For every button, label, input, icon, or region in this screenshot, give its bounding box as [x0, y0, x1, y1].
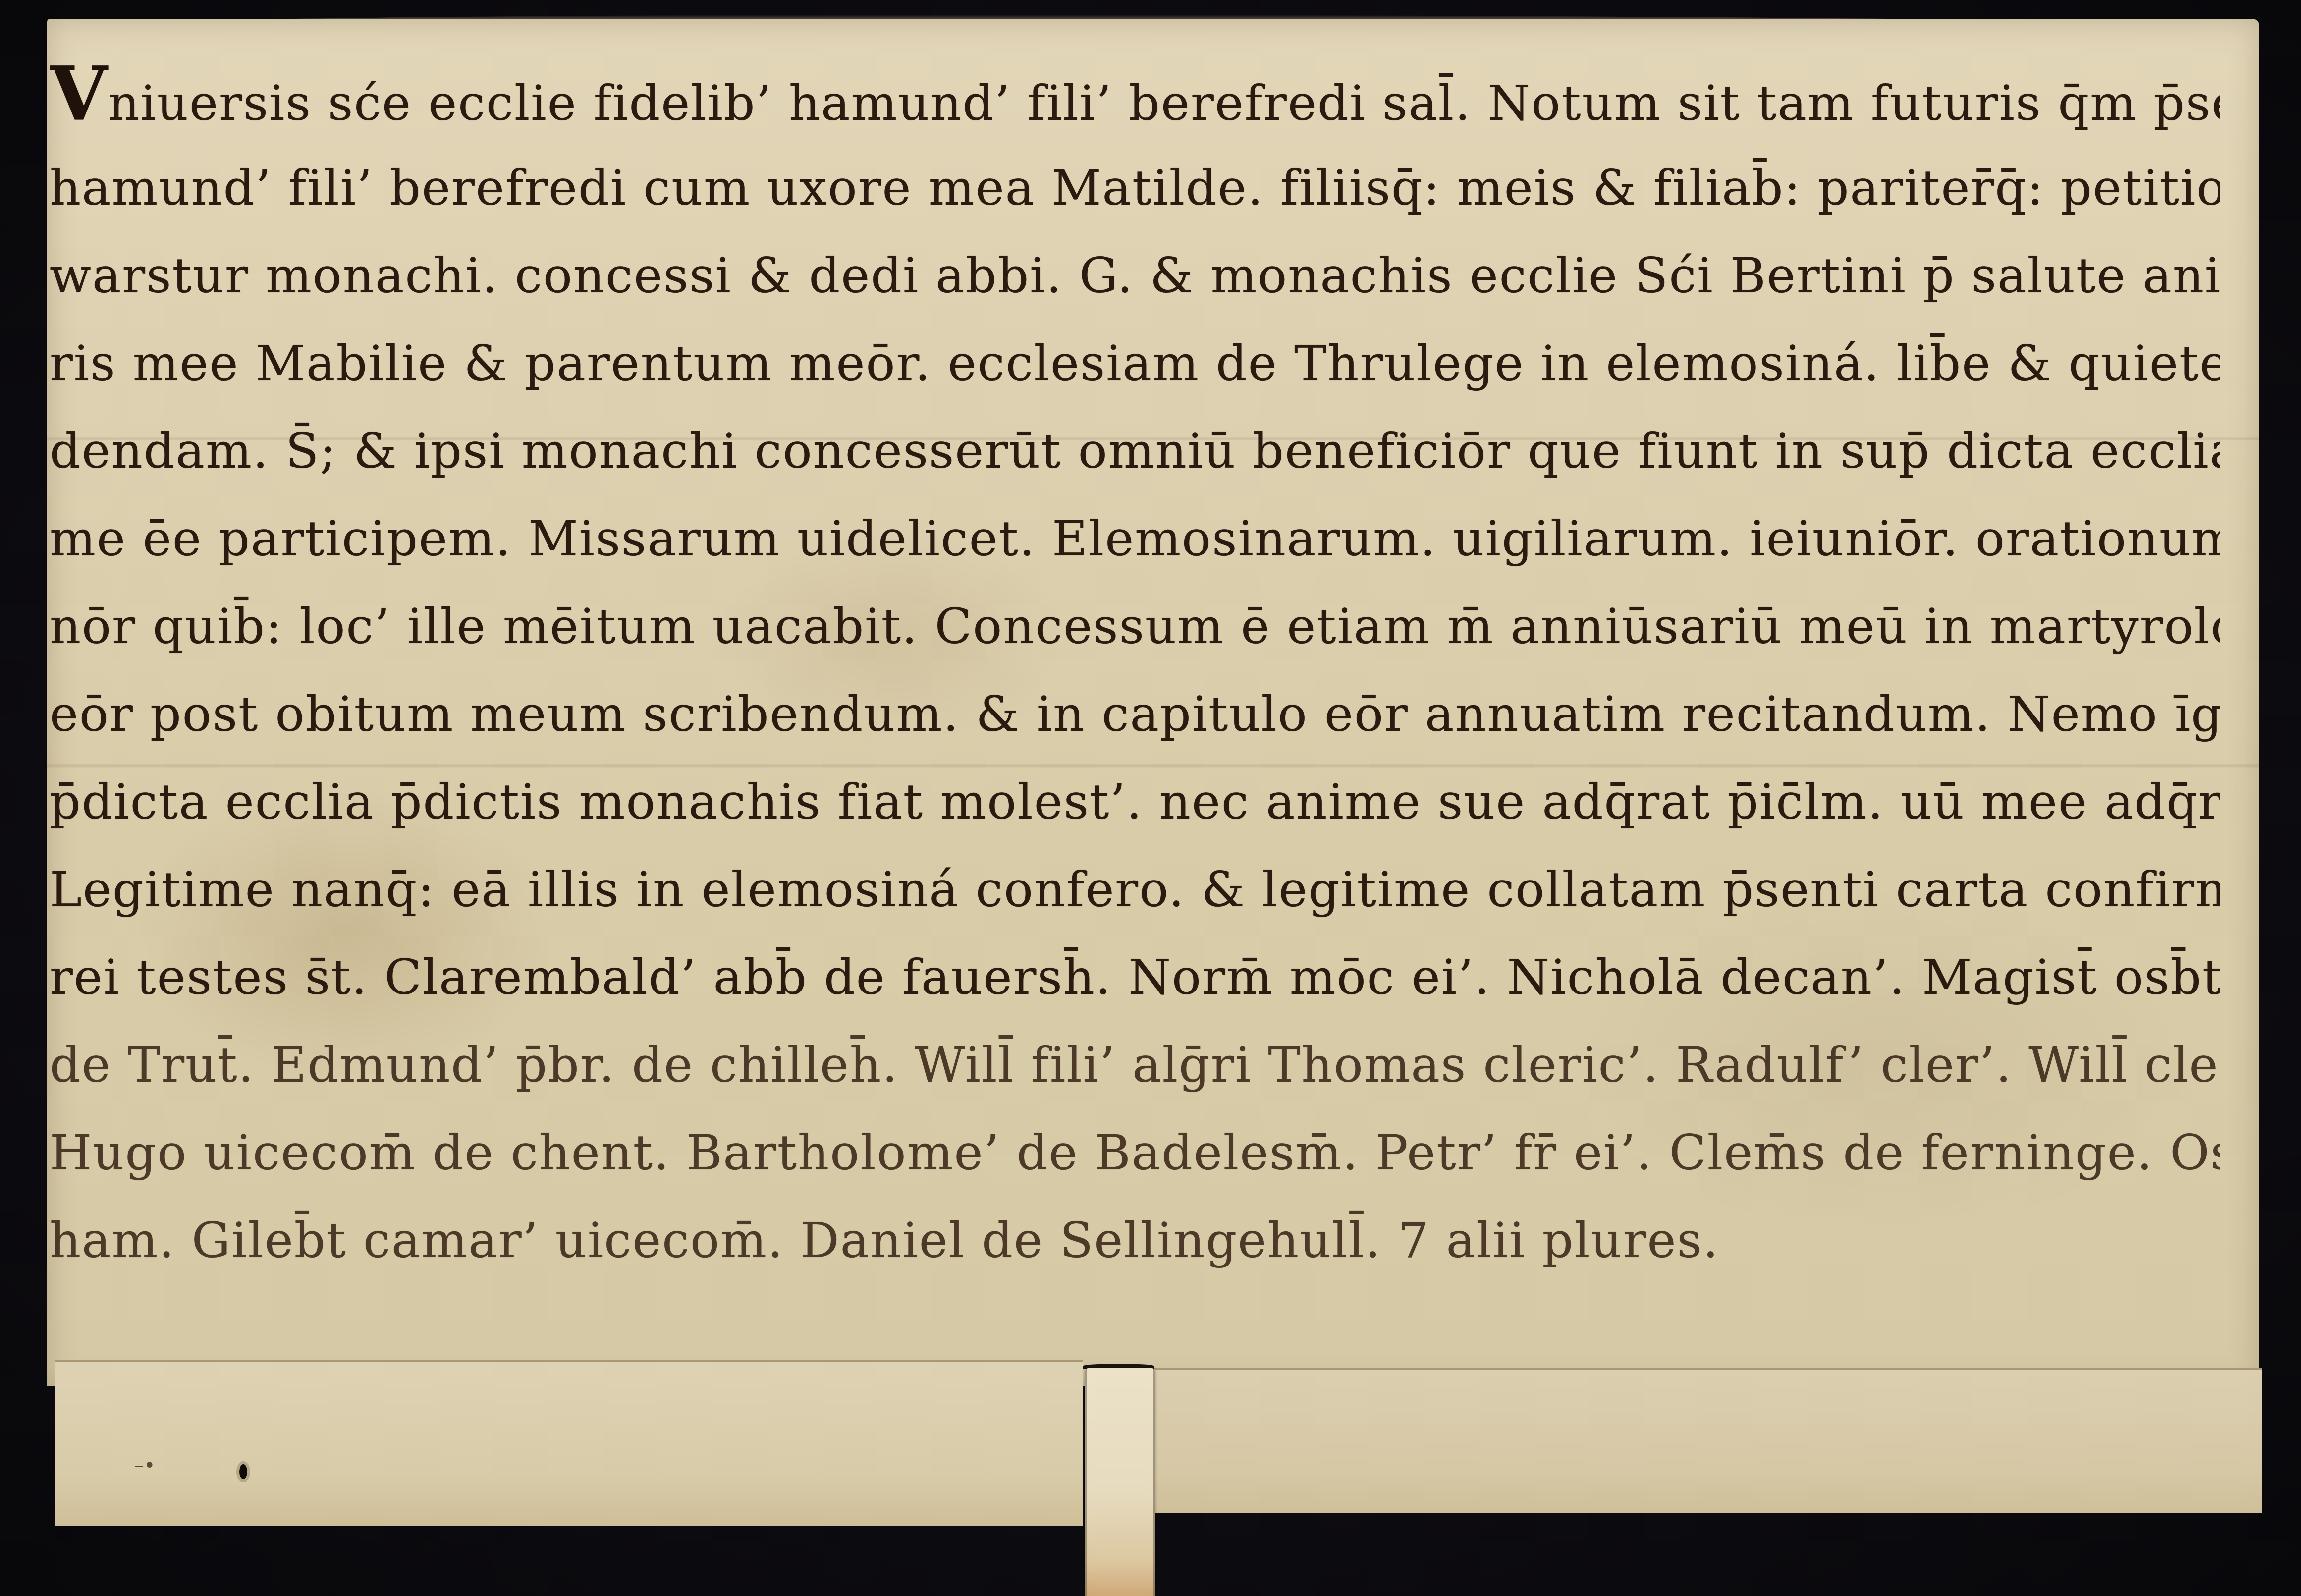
text-line-2: hamund’ fili’ berefredi cum uxore mea Ma… [50, 145, 2220, 232]
text-line-14: ham. Gileb̄t camar’ uicecom̄. Daniel de … [50, 1197, 2220, 1285]
decorated-initial: V [50, 57, 108, 138]
text-line-4: ris mee Mabilie & parentum meōr. eccles… [50, 320, 2220, 408]
charter-text: Vniuersis sće ecclie fidelib’ hamund’ fi… [50, 57, 2220, 1285]
plica-fold-right [1154, 1368, 2262, 1513]
text-line-13: Hugo uicecom̄ de chent. Bartholome’ de B… [50, 1109, 2220, 1197]
text-line-12: de Trut̄. Edmund’ p̄br. de chilleh̄. Wil… [50, 1022, 2220, 1109]
seal-tag-strip [1085, 1368, 1155, 1596]
plica-fold-left [55, 1360, 1083, 1526]
text-line-11: rei testes s̄t. Clarembald’ abb̄ de faue… [50, 934, 2220, 1022]
text-line-9: p̄dicta ecclia p̄dictis monachis fiat mo… [50, 759, 2220, 846]
text-line-8: eōr post obitum meum scribendum. & in c… [50, 671, 2220, 759]
pen-mark: –• [134, 1454, 156, 1477]
text-line-1: Vniuersis sće ecclie fidelib’ hamund’ fi… [50, 57, 2220, 145]
text-line-10: Legitime nanq̄: eā illis in elemosiná … [50, 846, 2220, 934]
text-line-7: nōr quib̄: loc’ ille mēitum uacabit. C… [50, 583, 2220, 671]
text-line-6: me ēe participem. Missarum uidelicet. E… [50, 495, 2220, 583]
text-line-5: dendam. S̄; & ipsi monachi concesserūt … [50, 408, 2220, 495]
text-line-3: warstur monachi. concessi & dedi abbi. G… [50, 232, 2220, 320]
parchment-hole [239, 1464, 247, 1479]
